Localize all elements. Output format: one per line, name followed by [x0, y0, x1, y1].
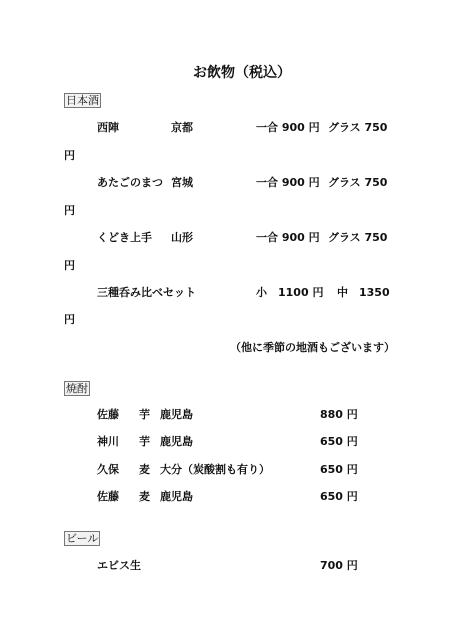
shochu-type: 麦 [139, 490, 150, 504]
sake-name: 三種呑み比べセット [97, 286, 196, 300]
sake-price-glass: グラス 750 [328, 121, 387, 135]
sake-price-wrap: 円 [64, 259, 75, 273]
shochu-type: 芋 [139, 435, 150, 449]
shochu-type: 麦 [139, 463, 150, 477]
sake-price-go: 一合 900 円 [256, 121, 320, 135]
shochu-name: 佐藤 [97, 408, 119, 422]
shochu-name: 神川 [97, 435, 119, 449]
sake-price-glass: グラス 750 [328, 176, 387, 190]
shochu-name: 佐藤 [97, 490, 119, 504]
shochu-origin: 鹿児島 [160, 490, 193, 504]
shochu-origin: 鹿児島 [160, 408, 193, 422]
sake-note: （他に季節の地酒もございます） [230, 341, 395, 355]
sake-price-go: 一合 900 円 [256, 176, 320, 190]
beer-name: エビス生 [97, 559, 141, 573]
beer-price: 700 円 [320, 559, 358, 573]
shochu-origin: 大分（炭酸割も有り） [160, 463, 270, 477]
sake-price-go: 一合 900 円 [256, 231, 320, 245]
shochu-price: 650 円 [320, 490, 358, 504]
sake-origin: 京都 [171, 121, 193, 135]
sake-name: 西陣 [97, 121, 119, 135]
shochu-price: 880 円 [320, 408, 358, 422]
shochu-type: 芋 [139, 408, 150, 422]
shochu-price: 650 円 [320, 435, 358, 449]
shochu-name: 久保 [97, 463, 119, 477]
sake-origin: 宮城 [171, 176, 193, 190]
sake-name: あたごのまつ [97, 176, 163, 190]
page-title: お飲物（税込） [193, 66, 291, 80]
sake-price-wrap: 円 [64, 204, 75, 218]
sake-price-small: 小 1100 円 [256, 286, 323, 300]
shochu-origin: 鹿児島 [160, 435, 193, 449]
sake-origin: 山形 [171, 231, 193, 245]
section-header-shochu: 焼酎 [64, 381, 90, 396]
sake-price-medium: 中 1350 [337, 286, 390, 300]
sake-name: くどき上手 [97, 231, 152, 245]
sake-price-glass: グラス 750 [328, 231, 387, 245]
sake-price-wrap: 円 [64, 149, 75, 163]
shochu-price: 650 円 [320, 463, 358, 477]
section-header-sake: 日本酒 [64, 93, 101, 108]
sake-price-wrap: 円 [64, 313, 75, 327]
section-header-beer: ビール [64, 531, 100, 546]
